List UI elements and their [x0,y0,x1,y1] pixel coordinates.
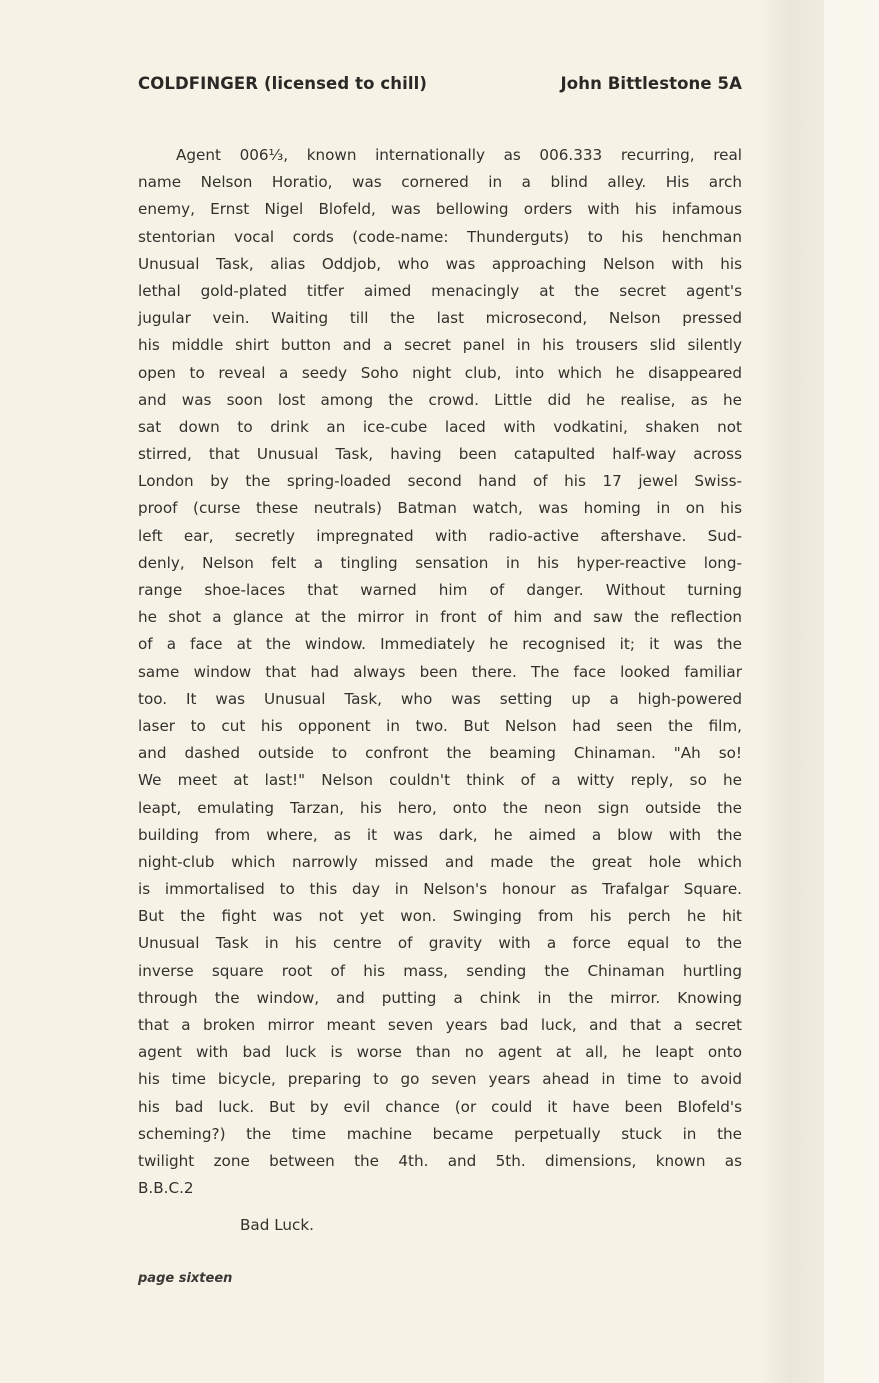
article-header: COLDFINGER (licensed to chill) John Bitt… [138,74,742,93]
body-line: open to reveal a seedy Soho night club, … [138,360,742,387]
body-line: building from where, as it was dark, he … [138,822,742,849]
body-line: proof (curse these neutrals) Batman watc… [138,495,742,522]
body-line: same window that had always been there. … [138,659,742,686]
body-line: twilight zone between the 4th. and 5th. … [138,1148,742,1175]
body-line: B.B.C.2 [138,1175,742,1202]
body-line: that a broken mirror meant seven years b… [138,1012,742,1039]
body-line: But the fight was not yet won. Swinging … [138,903,742,930]
article-title: COLDFINGER [138,74,258,93]
body-line: through the window, and putting a chink … [138,985,742,1012]
body-line: Agent 006⅓, known internationally as 006… [138,142,742,169]
body-line: scheming?) the time machine became perpe… [138,1121,742,1148]
body-line: his middle shirt button and a secret pan… [138,332,742,359]
body-line: range shoe-laces that warned him of dang… [138,577,742,604]
body-line: enemy, Ernst Nigel Blofeld, was bellowin… [138,196,742,223]
body-line: and was soon lost among the crowd. Littl… [138,387,742,414]
body-line: left ear, secretly impregnated with radi… [138,523,742,550]
article-subtitle: (licensed to chill) [264,74,427,93]
body-line: of a face at the window. Immediately he … [138,631,742,658]
body-line: leapt, emulating Tarzan, his hero, onto … [138,795,742,822]
body-line: his bad luck. But by evil chance (or cou… [138,1094,742,1121]
article-title-group: COLDFINGER (licensed to chill) [138,74,427,93]
body-line: Unusual Task, alias Oddjob, who was appr… [138,251,742,278]
page-edge-shadow [759,0,879,1383]
body-line: denly, Nelson felt a tingling sensation … [138,550,742,577]
body-line: he shot a glance at the mirror in front … [138,604,742,631]
body-line: laser to cut his opponent in two. But Ne… [138,713,742,740]
body-line: stentorian vocal cords (code-name: Thund… [138,224,742,251]
body-line: Unusual Task in his centre of gravity wi… [138,930,742,957]
body-line: night-club which narrowly missed and mad… [138,849,742,876]
article-body: Agent 006⅓, known internationally as 006… [138,142,742,1202]
body-line: stirred, that Unusual Task, having been … [138,441,742,468]
body-line: agent with bad luck is worse than no age… [138,1039,742,1066]
page-number: page sixteen [138,1271,232,1286]
body-line: jugular vein. Waiting till the last micr… [138,305,742,332]
body-line: inverse square root of his mass, sending… [138,958,742,985]
body-line: his time bicycle, preparing to go seven … [138,1066,742,1093]
body-line: too. It was Unusual Task, who was settin… [138,686,742,713]
article-signoff: Bad Luck. [240,1216,314,1234]
article-author: John Bittlestone 5A [561,74,742,93]
body-line: London by the spring-loaded second hand … [138,468,742,495]
body-line: We meet at last!" Nelson couldn't think … [138,767,742,794]
body-line: lethal gold-plated titfer aimed menacing… [138,278,742,305]
body-line: is immortalised to this day in Nelson's … [138,876,742,903]
page-edge-margin [824,0,879,1383]
body-line: sat down to drink an ice-cube laced with… [138,414,742,441]
body-line: name Nelson Horatio, was cornered in a b… [138,169,742,196]
body-line: and dashed outside to confront the beami… [138,740,742,767]
